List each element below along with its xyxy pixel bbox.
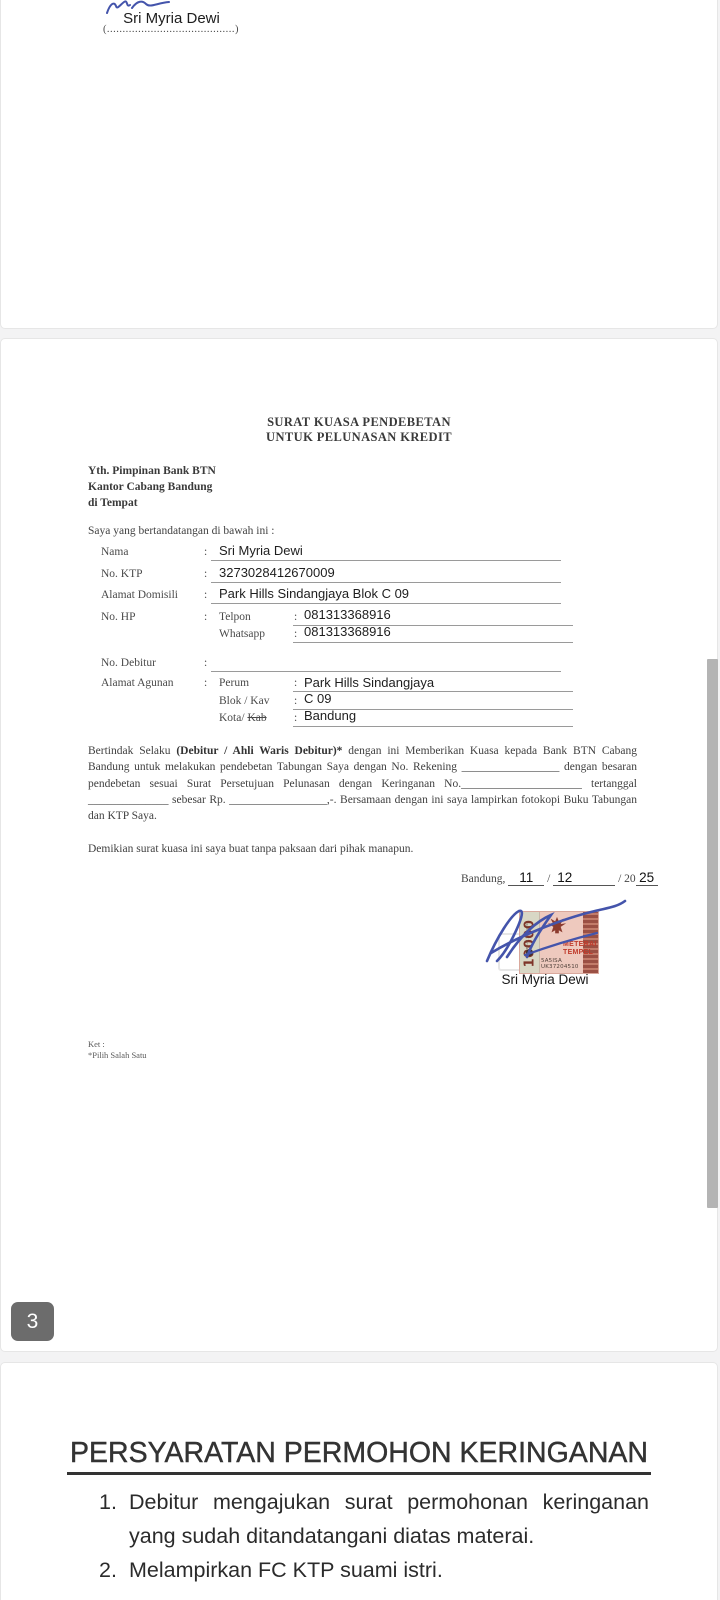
document-viewer: { "prev_page": { "signer_name": "Sri Myr… bbox=[0, 0, 720, 1600]
list-item: 1. Debitur mengajukan surat permohonan k… bbox=[99, 1485, 651, 1553]
field-underline bbox=[211, 671, 561, 672]
field-colon: : bbox=[204, 546, 207, 558]
field-label-kota: Kota/ Kab bbox=[219, 712, 267, 724]
date-city: Bandung, bbox=[461, 873, 508, 885]
requirements-list: 1. Debitur mengajukan surat permohonan k… bbox=[99, 1485, 651, 1587]
date-month: 12 bbox=[553, 870, 615, 886]
letter-title-line2: UNTUK PELUNASAN KREDIT bbox=[1, 430, 717, 445]
field-colon: : bbox=[294, 611, 297, 623]
page-main-letter: SURAT KUASA PENDEBETAN UNTUK PELUNASAN K… bbox=[0, 338, 718, 1352]
body-pre: Bertindak Selaku bbox=[88, 745, 176, 757]
list-item-number: 2. bbox=[99, 1553, 129, 1587]
field-value-ktp: 3273028412670009 bbox=[219, 565, 335, 580]
field-label-agunan: Alamat Agunan bbox=[101, 677, 174, 689]
field-value-whatsapp: 081313368916 bbox=[304, 624, 391, 639]
list-item-number: 1. bbox=[99, 1485, 129, 1553]
field-label-nama: Nama bbox=[101, 546, 128, 558]
field-value-telpon: 081313368916 bbox=[304, 607, 391, 622]
field-label-domisili: Alamat Domisili bbox=[101, 589, 178, 601]
field-underline bbox=[211, 603, 561, 604]
field-colon: : bbox=[204, 611, 207, 623]
field-colon: : bbox=[204, 568, 207, 580]
field-label-blok-kav: Blok / Kav bbox=[219, 695, 269, 707]
field-underline bbox=[293, 642, 573, 643]
signer-name: Sri Myria Dewi bbox=[479, 972, 611, 987]
scrollbar-thumb[interactable] bbox=[707, 659, 718, 1208]
requirements-heading: PERSYARATAN PERMOHON KERINGANAN bbox=[1, 1437, 717, 1475]
footnote-text: *Pilih Salah Satu bbox=[88, 1050, 147, 1061]
field-underline bbox=[293, 691, 573, 692]
kota-label-struck: Kab bbox=[247, 712, 266, 724]
field-label-debitur: No. Debitur bbox=[101, 657, 156, 669]
field-value-domisili: Park Hills Sindangjaya Blok C 09 bbox=[219, 586, 409, 601]
footnote-label: Ket : bbox=[88, 1039, 147, 1050]
field-label-whatsapp: Whatsapp bbox=[219, 628, 265, 640]
field-value-perum: Park Hills Sindangjaya bbox=[304, 675, 434, 690]
field-label-perum: Perum bbox=[219, 677, 249, 689]
addressee-line1: Yth. Pimpinan Bank BTN bbox=[88, 463, 216, 479]
letter-title-line1: SURAT KUASA PENDEBETAN bbox=[1, 415, 717, 430]
footnote: Ket : *Pilih Salah Satu bbox=[88, 1039, 147, 1061]
body-paragraph: Bertindak Selaku (Debitur / Ahli Waris D… bbox=[88, 743, 637, 824]
date-year: 25 bbox=[636, 870, 658, 886]
date-separator: / bbox=[544, 873, 553, 885]
field-label-hp: No. HP bbox=[101, 611, 136, 623]
field-value-blok-kav: C 09 bbox=[304, 691, 331, 706]
addressee-block: Yth. Pimpinan Bank BTN Kantor Cabang Ban… bbox=[88, 463, 216, 511]
date-line: Bandung, 11 / 12 / 2025 bbox=[461, 870, 658, 886]
field-value-nama: Sri Myria Dewi bbox=[219, 543, 303, 558]
field-colon: : bbox=[294, 677, 297, 689]
letter-title: SURAT KUASA PENDEBETAN UNTUK PELUNASAN K… bbox=[1, 415, 717, 445]
field-colon: : bbox=[204, 589, 207, 601]
signature-dotted-line: (.......................................… bbox=[71, 24, 271, 35]
list-item-text: Melampirkan FC KTP suami istri. bbox=[129, 1553, 649, 1587]
list-item: 2. Melampirkan FC KTP suami istri. bbox=[99, 1553, 651, 1587]
field-label-telpon: Telpon bbox=[219, 611, 251, 623]
page-next: PERSYARATAN PERMOHON KERINGANAN 1. Debit… bbox=[0, 1362, 718, 1600]
field-colon: : bbox=[294, 695, 297, 707]
field-colon: : bbox=[294, 712, 297, 724]
field-underline bbox=[211, 560, 561, 561]
page-previous: Sri Myria Dewi (........................… bbox=[0, 0, 718, 329]
field-colon: : bbox=[204, 657, 207, 669]
page-number-badge: 3 bbox=[11, 1302, 54, 1341]
intro-line: Saya yang bertandatangan di bawah ini : bbox=[88, 525, 275, 537]
addressee-line3: di Tempat bbox=[88, 495, 216, 511]
addressee-line2: Kantor Cabang Bandung bbox=[88, 479, 216, 495]
date-century: / 20 bbox=[615, 873, 635, 885]
field-value-kota: Bandung bbox=[304, 708, 356, 723]
field-underline bbox=[293, 726, 573, 727]
field-colon: : bbox=[204, 677, 207, 689]
requirements-heading-text: PERSYARATAN PERMOHON KERINGANAN bbox=[67, 1437, 651, 1475]
date-day: 11 bbox=[508, 870, 544, 886]
signature-ink-main bbox=[477, 895, 629, 973]
field-underline bbox=[211, 582, 561, 583]
body-bold: (Debitur / Ahli Waris Debitur)* bbox=[176, 745, 342, 757]
kota-label-prefix: Kota/ bbox=[219, 712, 247, 724]
field-colon: : bbox=[294, 628, 297, 640]
closing-line: Demikian surat kuasa ini saya buat tanpa… bbox=[88, 843, 413, 855]
list-item-text: Debitur mengajukan surat permohonan keri… bbox=[129, 1485, 649, 1553]
field-label-ktp: No. KTP bbox=[101, 568, 143, 580]
